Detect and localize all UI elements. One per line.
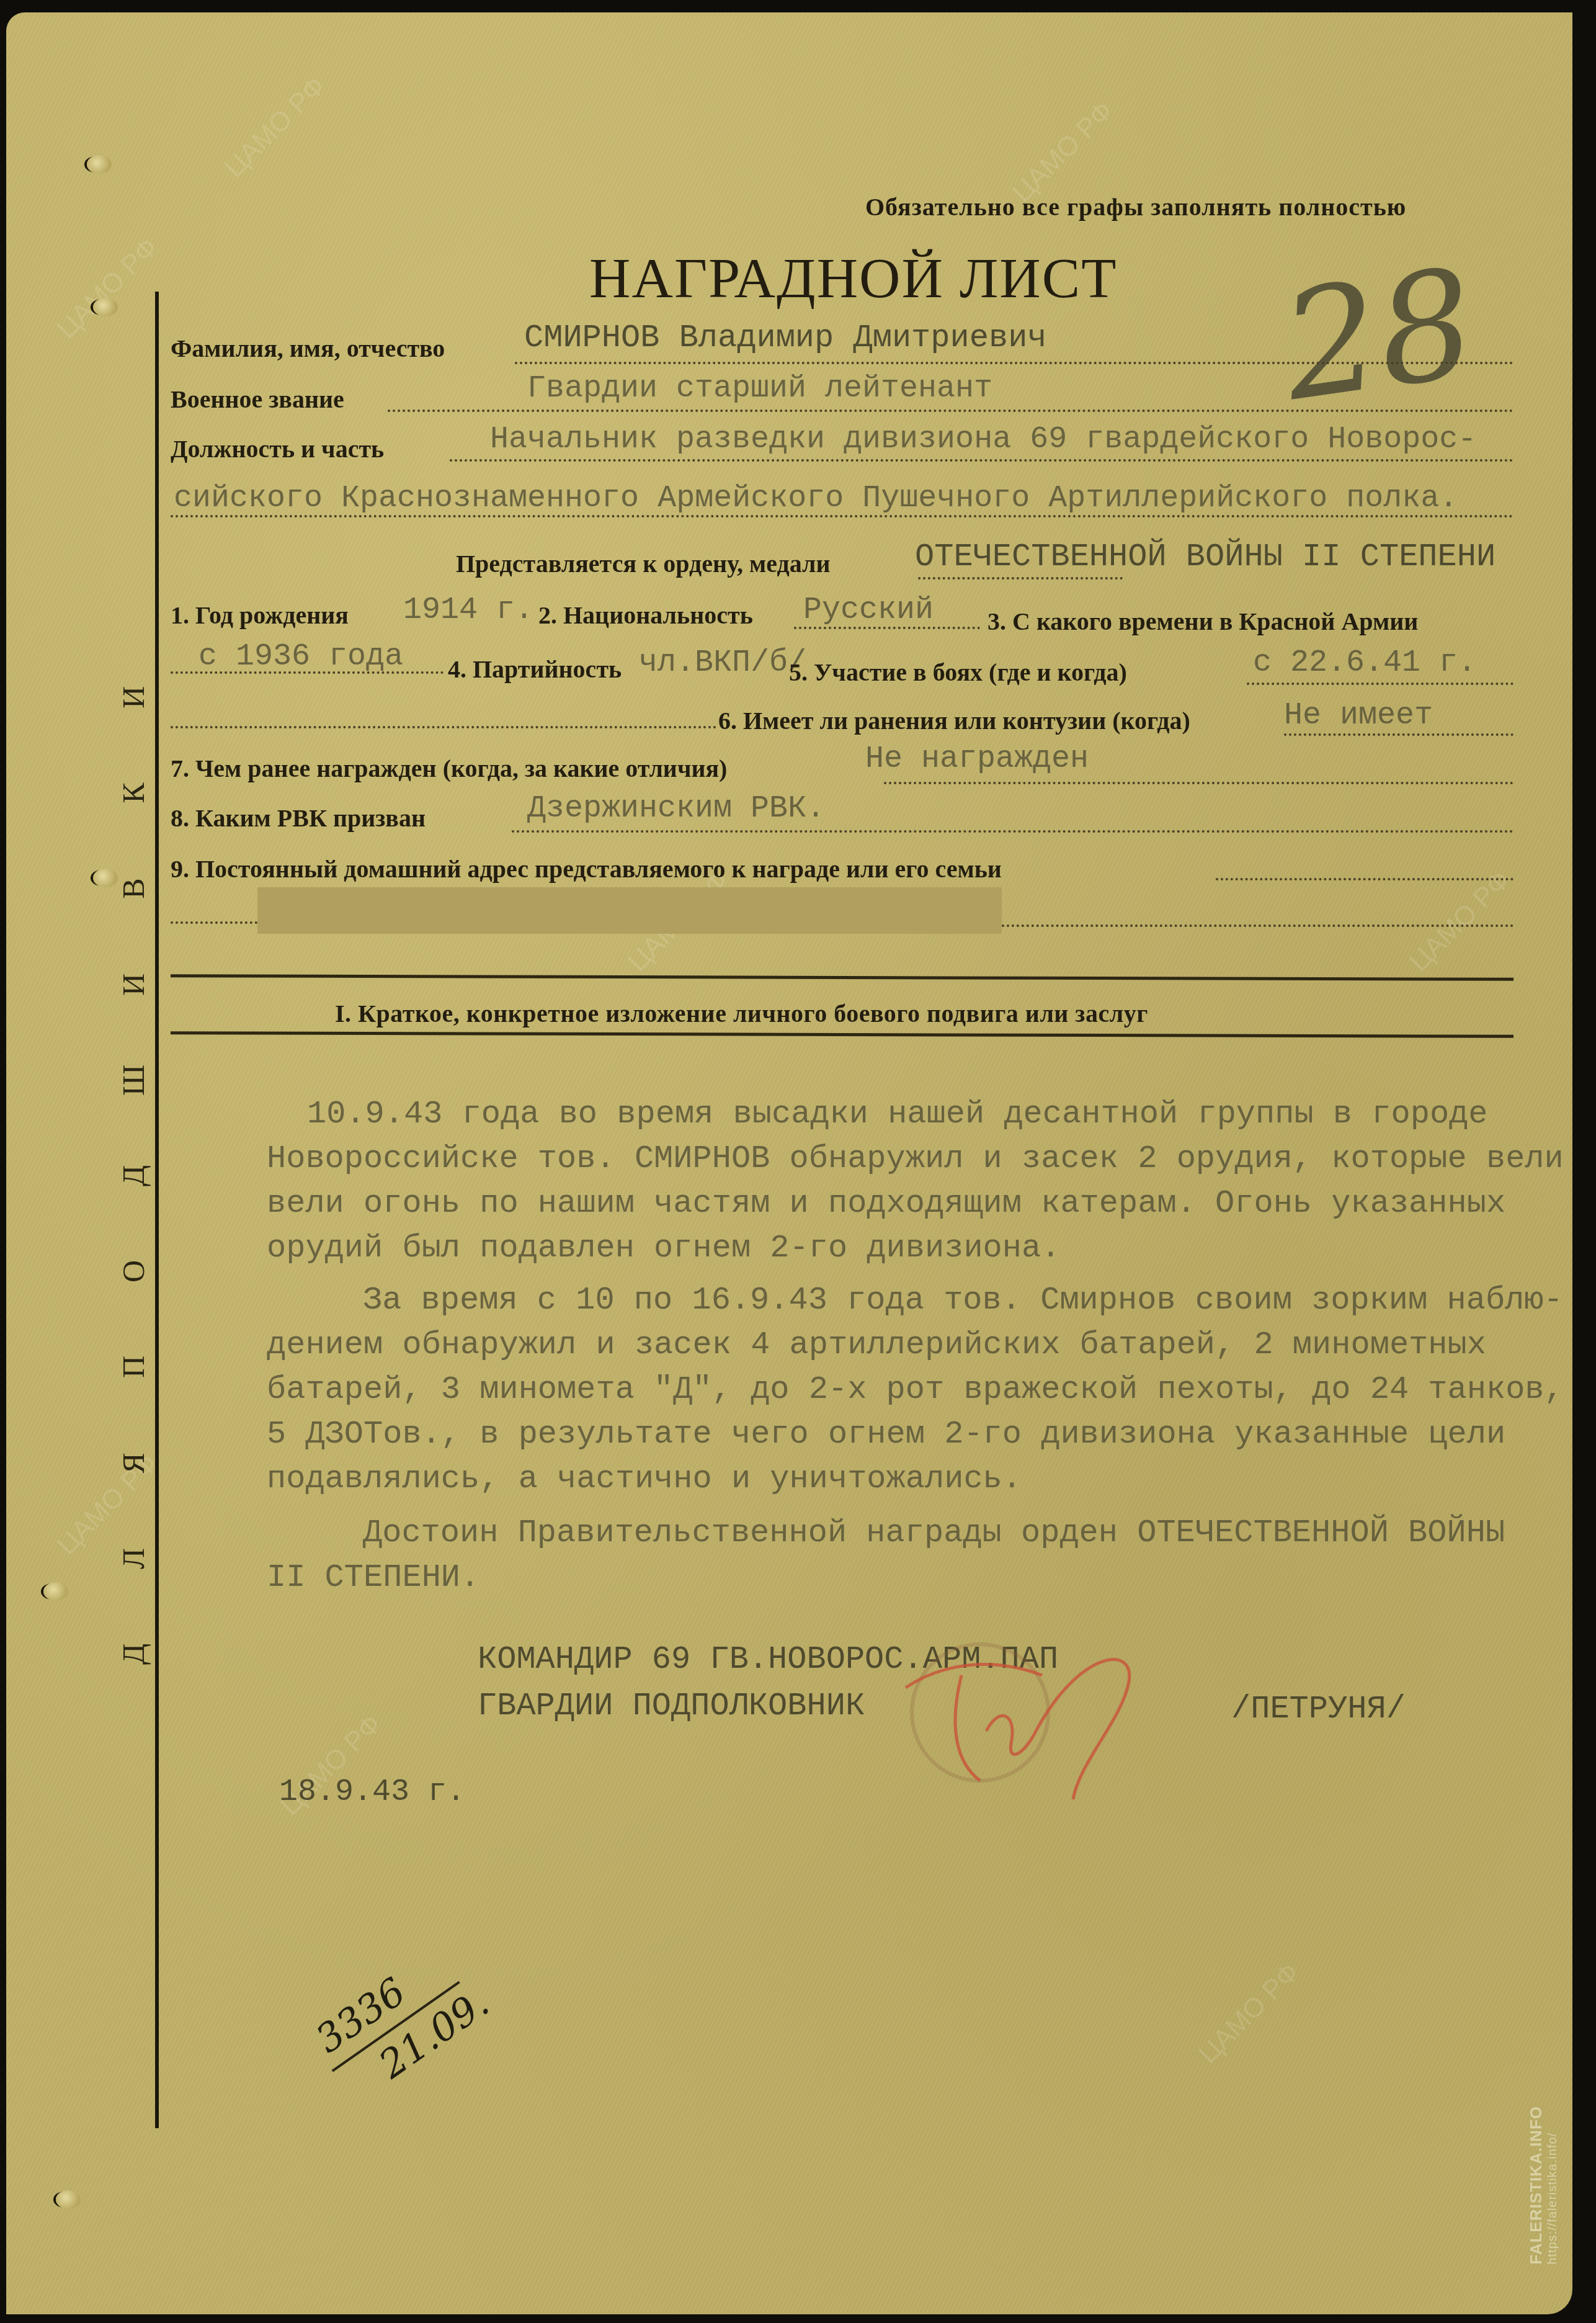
nominated-label: Представляется к ордену, медали	[456, 549, 831, 578]
rvk-label: 8. Каким РВК призван	[171, 803, 426, 833]
handwritten-signature-icon	[893, 1638, 1241, 1812]
nominated-value: ОТЕЧЕСТВЕННОЙ ВОЙНЫ II СТЕПЕНИ	[915, 539, 1496, 575]
archive-watermark: ЦАМО РФ	[51, 232, 164, 345]
narrative-line: орудий был подавлен огнем 2-го дивизиона…	[267, 1226, 1569, 1271]
rvk-line	[512, 830, 1514, 833]
punch-hole	[43, 1582, 68, 1601]
army-since-line	[171, 671, 444, 674]
position-label: Должность и часть	[171, 434, 384, 463]
archive-note: 3336 21.09.	[292, 1920, 502, 2124]
address-line-1	[1216, 878, 1514, 880]
nominated-line	[918, 577, 1123, 580]
archive-watermark: ЦАМО РФ	[1193, 1957, 1306, 2070]
narrative-line: II СТЕПЕНИ.	[267, 1555, 1569, 1600]
commander-name: /ПЕТРУНЯ/	[1231, 1691, 1406, 1727]
prior-awards-label: 7. Чем ранее награжден (когда, за какие …	[171, 754, 727, 783]
punch-hole	[93, 869, 118, 887]
position-value-line2: сийского Краснознаменного Армейского Пуш…	[174, 481, 1458, 516]
archive-watermark: ЦАМО РФ	[219, 71, 332, 184]
combat-line	[1247, 683, 1514, 685]
position-value-line1: Начальник разведки дивизиона 69 гвардейс…	[490, 422, 1476, 457]
party-value: чл.ВКП/б/	[639, 645, 806, 681]
full-name-value: СМИРНОВ Владимир Дмитриевич	[524, 320, 1047, 356]
rank-value: Гвардии старший лейтенант	[527, 371, 992, 406]
narrative-line: Достоин Правительственной награды орден …	[267, 1511, 1569, 1555]
narrative-line: вели огонь по нашим частям и подходящим …	[267, 1181, 1569, 1226]
award-sheet-paper: ЦАМО РФ ЦАМО РФ ЦАМО РФ ЦАМО РФ ЦАМО РФ …	[6, 12, 1572, 2314]
birth-year-label: 1. Год рождения	[171, 601, 349, 630]
nationality-value: Русский	[803, 593, 934, 628]
army-since-value: с 1936 года	[198, 639, 403, 674]
nationality-line	[794, 627, 980, 629]
narrative-line: 5 ДЗОТов., в результате чего огнем 2-го …	[267, 1412, 1569, 1457]
binding-margin-line	[155, 292, 159, 2128]
page-title: НАГРАДНОЙ ЛИСТ	[589, 245, 1117, 311]
section-rule-top	[171, 974, 1514, 981]
row3-leading-line	[171, 726, 716, 728]
punch-hole	[93, 298, 118, 316]
narrative-paragraph-2: За время с 10 по 16.9.43 года тов. Смирн…	[267, 1278, 1569, 1502]
narrative-line: подавлялись, а частично и уничтожались.	[267, 1457, 1569, 1502]
handwritten-sheet-number: 28	[1273, 236, 1484, 434]
punch-hole	[56, 2190, 81, 2209]
wounds-value: Не имеет	[1284, 698, 1433, 733]
rvk-value: Дзержинским РВК.	[527, 791, 825, 826]
address-redacted-block	[257, 887, 1002, 934]
section-title: I. Краткое, конкретное изложение личного…	[335, 999, 1148, 1028]
narrative-paragraph-3: Достоин Правительственной награды орден …	[267, 1511, 1569, 1600]
nationality-label: 2. Национальность	[538, 601, 753, 630]
rank-label: Военное звание	[171, 385, 344, 414]
narrative-paragraph-1: 10.9.43 года во время высадки нашей деса…	[267, 1092, 1569, 1271]
narrative-line: дением обнаружил и засек 4 артиллерийски…	[267, 1323, 1569, 1367]
full-name-line	[515, 362, 1514, 364]
narrative-line: 10.9.43 года во время высадки нашей деса…	[267, 1092, 1569, 1137]
birth-year-value: 1914 г.	[403, 593, 533, 628]
army-since-label: 3. С какого времени в Красной Армии	[987, 607, 1418, 636]
address-line-2b	[1002, 924, 1514, 927]
wounds-label: 6. Имеет ли ранения или контузии (когда)	[718, 706, 1190, 735]
archive-watermark: ЦАМО РФ	[1404, 865, 1517, 978]
signature-date: 18.9.43 г.	[279, 1775, 465, 1810]
combat-label: 5. Участие в боях (где и когда)	[789, 658, 1127, 687]
wounds-line	[1284, 733, 1514, 736]
address-line-2a	[171, 921, 257, 924]
narrative-line: батарей, 3 миномета "Д", до 2-х рот враж…	[267, 1367, 1569, 1412]
position-line-2	[171, 515, 1514, 517]
prior-awards-value: Не награжден	[865, 741, 1089, 777]
commander-rank: ГВАРДИИ ПОДПОЛКОВНИК	[478, 1688, 865, 1724]
site-watermark: FALERISTIKA.INFO https://faleristika.inf…	[1527, 2106, 1560, 2265]
punch-hole	[87, 155, 112, 174]
section-rule-bottom	[171, 1031, 1514, 1038]
fill-all-fields-notice: Обязательно все графы заполнять полность…	[865, 192, 1406, 222]
rank-line	[388, 410, 1514, 412]
archive-watermark: ЦАМО РФ	[1007, 96, 1120, 208]
address-label: 9. Постоянный домашний адрес представляе…	[171, 854, 1002, 884]
narrative-line: Новороссийске тов. СМИРНОВ обнаружил и з…	[267, 1137, 1569, 1181]
prior-awards-line	[884, 782, 1514, 784]
narrative-line: За время с 10 по 16.9.43 года тов. Смирн…	[267, 1278, 1569, 1323]
position-line-1	[450, 459, 1514, 462]
binding-margin-label: Д Л Я П О Д Ш И В К И	[115, 679, 152, 1672]
party-label: 4. Партийность	[448, 655, 622, 684]
full-name-label: Фамилия, имя, отчество	[171, 334, 445, 363]
combat-value: с 22.6.41 г.	[1253, 645, 1476, 681]
